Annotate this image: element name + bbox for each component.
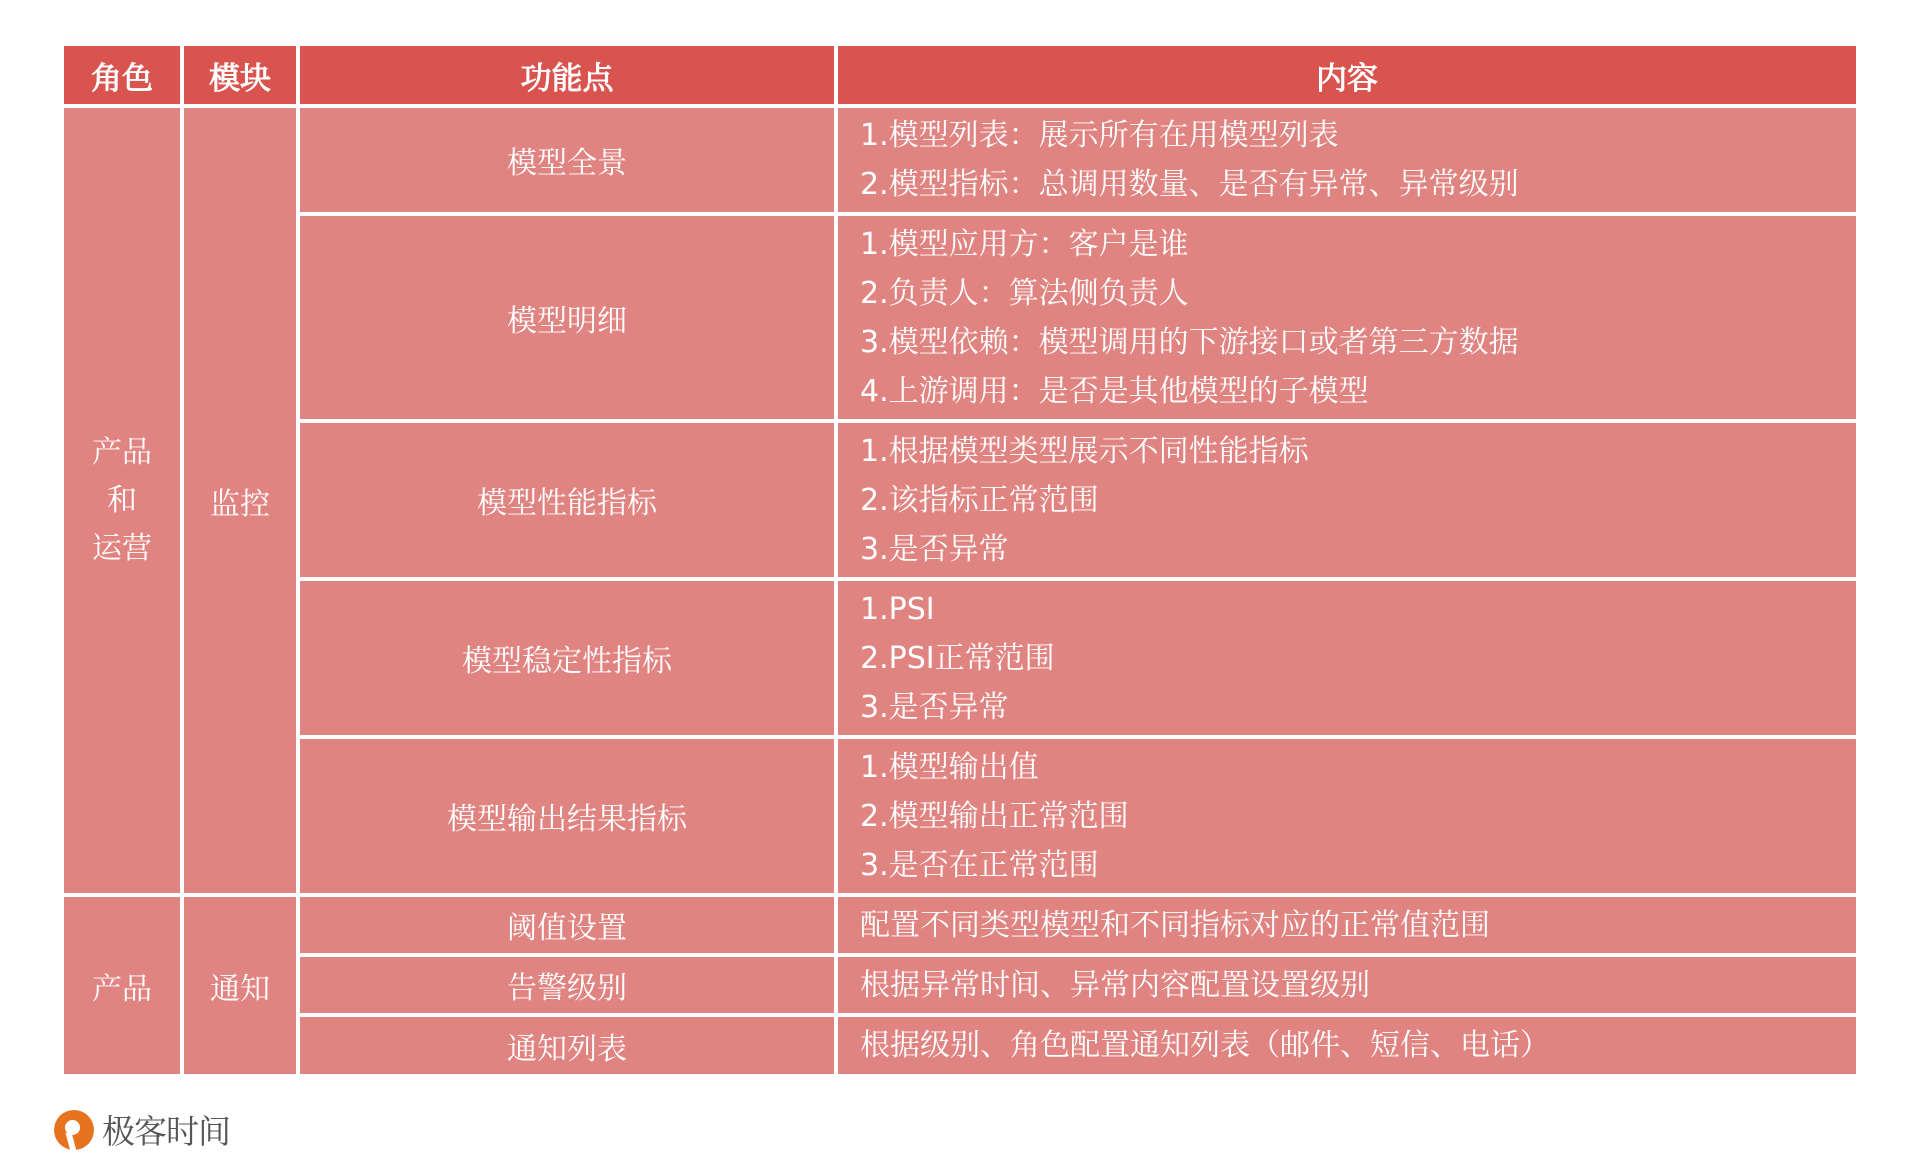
content-line: 3.是否异常 <box>860 683 1856 732</box>
content-line: 2.模型指标：总调用数量、是否有异常、异常级别 <box>860 160 1856 209</box>
brand-logo: 极客时间 <box>54 1106 230 1153</box>
content-line: 1.根据模型类型展示不同性能指标 <box>860 427 1856 476</box>
content-line: 1.模型输出值 <box>860 743 1856 792</box>
content-cell: 1.模型输出值 2.模型输出正常范围 3.是否在正常范围 <box>838 739 1856 893</box>
content-cell: 根据异常时间、异常内容配置设置级别 <box>838 957 1856 1013</box>
content-line: 3.模型依赖：模型调用的下游接口或者第三方数据 <box>860 318 1856 367</box>
content-cell: 1.模型应用方：客户是谁 2.负责人：算法侧负责人 3.模型依赖：模型调用的下游… <box>838 216 1856 419</box>
content-cell: 根据级别、角色配置通知列表（邮件、短信、电话） <box>838 1017 1856 1074</box>
content-cell: 1.根据模型类型展示不同性能指标 2.该指标正常范围 3.是否异常 <box>838 423 1856 577</box>
content-cell: 1.PSI 2.PSI正常范围 3.是否异常 <box>838 581 1856 735</box>
content-line: 4.上游调用：是否是其他模型的子模型 <box>860 367 1856 416</box>
role-cell-product-ops: 产品 和 运营 <box>64 108 180 893</box>
role-line: 产品 <box>92 429 152 477</box>
content-line: 3.是否在正常范围 <box>860 841 1856 890</box>
role-line: 运营 <box>92 525 152 573</box>
header-feature: 功能点 <box>300 46 834 104</box>
content-line: 1.模型列表：展示所有在用模型列表 <box>860 111 1856 160</box>
content-line: 2.负责人：算法侧负责人 <box>860 269 1856 318</box>
content-line: 2.模型输出正常范围 <box>860 792 1856 841</box>
content-cell: 1.模型列表：展示所有在用模型列表 2.模型指标：总调用数量、是否有异常、异常级… <box>838 108 1856 212</box>
content-cell: 配置不同类型模型和不同指标对应的正常值范围 <box>838 897 1856 953</box>
header-role: 角色 <box>64 46 180 104</box>
feature-cell: 模型全景 <box>300 108 834 212</box>
brand-name: 极客时间 <box>102 1106 230 1153</box>
feature-cell: 模型性能指标 <box>300 423 834 577</box>
module-cell-notify: 通知 <box>184 897 296 1074</box>
content-line: 1.模型应用方：客户是谁 <box>860 220 1856 269</box>
feature-cell: 模型稳定性指标 <box>300 581 834 735</box>
feature-cell: 告警级别 <box>300 957 834 1013</box>
feature-table: 角色 模块 功能点 内容 产品 和 运营 监控 模型全景 1.模型列表：展示所有… <box>64 46 1856 1074</box>
role-cell-product: 产品 <box>64 897 180 1074</box>
content-line: 1.PSI <box>860 585 1856 634</box>
content-line: 2.该指标正常范围 <box>860 476 1856 525</box>
feature-cell: 通知列表 <box>300 1017 834 1074</box>
content-line: 配置不同类型模型和不同指标对应的正常值范围 <box>860 901 1856 950</box>
content-line: 根据异常时间、异常内容配置设置级别 <box>860 961 1856 1010</box>
header-content: 内容 <box>838 46 1856 104</box>
geektime-logo-icon <box>54 1110 94 1150</box>
content-line: 2.PSI正常范围 <box>860 634 1856 683</box>
feature-cell: 模型输出结果指标 <box>300 739 834 893</box>
role-line: 和 <box>107 477 137 525</box>
feature-cell: 模型明细 <box>300 216 834 419</box>
content-line: 根据级别、角色配置通知列表（邮件、短信、电话） <box>860 1021 1856 1070</box>
header-module: 模块 <box>184 46 296 104</box>
feature-cell: 阈值设置 <box>300 897 834 953</box>
module-cell-monitor: 监控 <box>184 108 296 893</box>
content-line: 3.是否异常 <box>860 525 1856 574</box>
